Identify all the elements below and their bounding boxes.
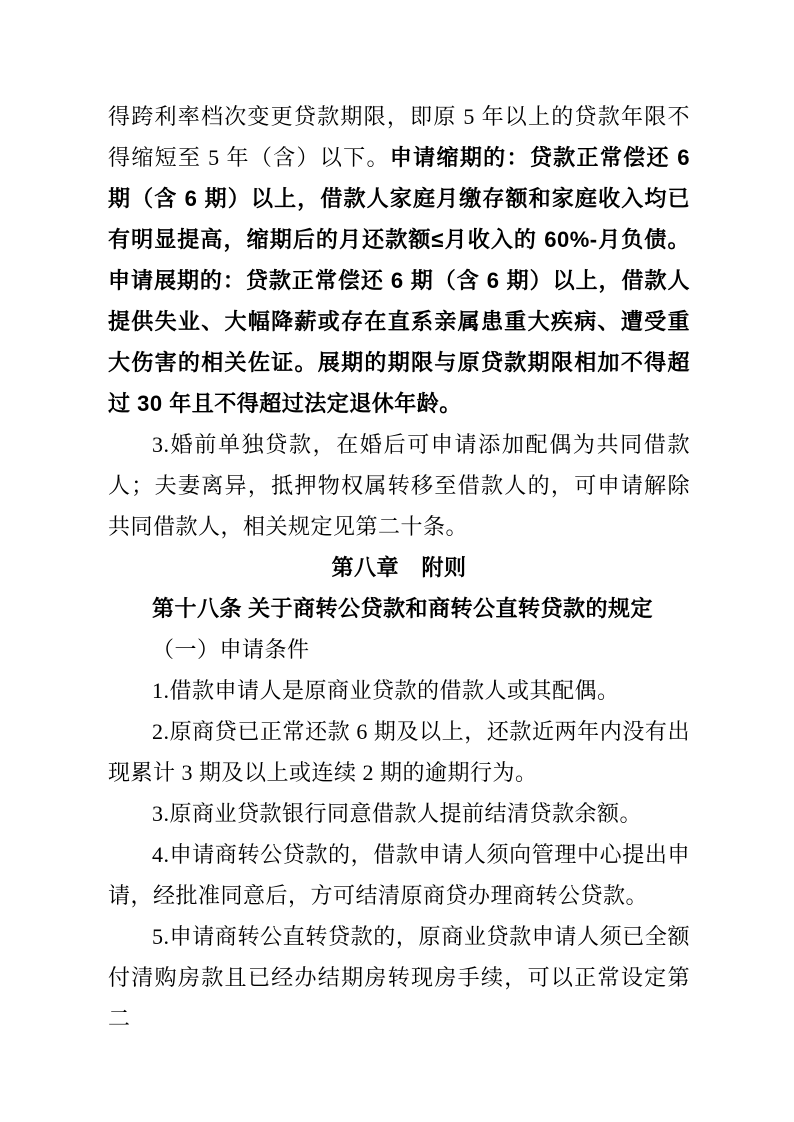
list-item-3: 3.原商业贷款银行同意借款人提前结清贷款余额。 <box>108 793 690 834</box>
list-item-4: 4.申请商转公贷款的，借款申请人须向管理中心提出申请，经批准同意后，方可结清原商… <box>108 834 690 916</box>
paragraph-loan-term-change: 得跨利率档次变更贷款期限，即原 5 年以上的贷款年限不得缩短至 5 年（含）以下… <box>108 96 690 424</box>
section-label-application-conditions: （一）申请条件 <box>108 629 690 670</box>
list-item-5: 5.申请商转公直转贷款的，原商业贷款申请人须已全额付清购房款且已经办结期房转现房… <box>108 916 690 1039</box>
list-item-1: 1.借款申请人是原商业贷款的借款人或其配偶。 <box>108 670 690 711</box>
document-page: 得跨利率档次变更贷款期限，即原 5 年以上的贷款年限不得缩短至 5 年（含）以下… <box>0 0 794 1122</box>
list-item-2: 2.原商贷已正常还款 6 期及以上，还款近两年内没有出现累计 3 期及以上或连续… <box>108 711 690 793</box>
paragraph-loan-term-bold-text: 申请缩期的：贷款正常偿还 6 期（含 6 期）以上，借款人家庭月缴存额和家庭收入… <box>108 145 690 416</box>
article-heading: 第十八条 关于商转公贷款和商转公直转贷款的规定 <box>108 588 690 629</box>
chapter-heading: 第八章 附则 <box>108 547 690 588</box>
paragraph-marriage-clause: 3.婚前单独贷款，在婚后可申请添加配偶为共同借款人；夫妻离异，抵押物权属转移至借… <box>108 424 690 547</box>
